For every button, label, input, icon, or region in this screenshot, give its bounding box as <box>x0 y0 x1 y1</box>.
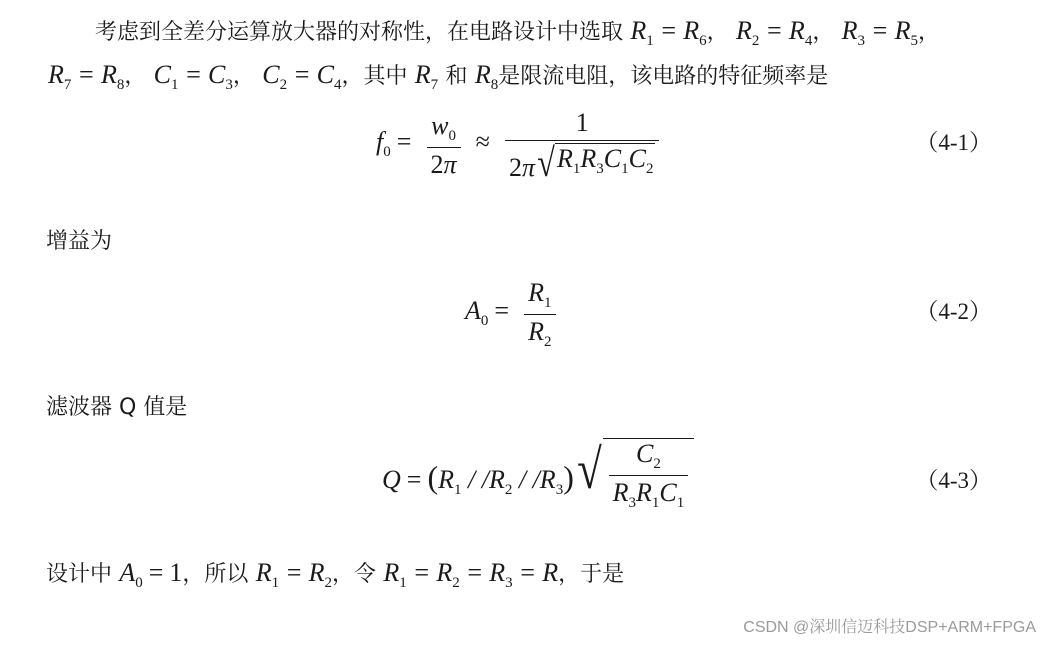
fraction-r1-over-r2: R1 R2 <box>524 278 555 351</box>
csdn-watermark: CSDN @深圳信迈科技DSP+ARM+FPGA <box>743 614 1036 637</box>
math-r7: R7 <box>415 60 438 89</box>
text-and: 和 <box>445 64 467 89</box>
comma: ， <box>233 64 255 89</box>
equation-label-4-1: （4-1） <box>915 124 992 157</box>
fraction-c2-over-r3r1c1: C2R3R1C1 <box>609 439 689 512</box>
conclusion-line: 设计中 A0=1，所以 R1=R2，令 R1=R2=R3=R，于是 <box>46 558 624 598</box>
paragraph-line-1: 考虑到全差分运算放大器的对称性，在电路设计中选取 R1=R6， R2=R4， R… <box>95 16 940 56</box>
equation-4-2: A0= R1 R2 <box>465 278 560 351</box>
math-r3-eq-r5: R3=R5 <box>842 16 918 45</box>
equation-label-4-2: （4-2） <box>915 293 992 326</box>
math-r1-r2-r3-eq-r: R1=R2=R3=R <box>383 558 558 587</box>
math-c2-eq-c4: C2=C4 <box>262 60 341 89</box>
equation-label-4-3: （4-3） <box>915 462 992 495</box>
math-r2-eq-r4: R2=R4 <box>736 16 812 45</box>
math-r1-eq-r2: R1=R2 <box>256 558 332 587</box>
text-let: ，令 <box>332 562 376 587</box>
equation-4-1: f0= w0 2π ≈ 1 2π√R1R3C1C2 <box>376 108 663 183</box>
text-tail: 是限流电阻，该电路的特征频率是 <box>498 64 828 89</box>
paragraph-line-2: R7=R8， C1=C3， C2=C4，其中 R7 和 R8是限流电阻，该电路的… <box>48 60 828 100</box>
math-r1-eq-r6: R1=R6 <box>630 16 706 45</box>
sqrt-fraction: √C2R3R1C1 <box>574 438 694 512</box>
text-among: ，其中 <box>341 64 407 89</box>
comma: ， <box>707 20 729 45</box>
comma: ， <box>124 64 146 89</box>
intro-text: 考虑到全差分运算放大器的对称性，在电路设计中选取 <box>95 20 623 45</box>
q-heading: 滤波器 Q 值是 <box>46 393 187 423</box>
comma: ， <box>812 20 834 45</box>
comma: ， <box>918 20 940 45</box>
fraction-w0-over-2pi: w0 2π <box>427 111 461 180</box>
text-so: ，所以 <box>182 562 248 587</box>
gain-heading: 增益为 <box>46 227 112 257</box>
text-in-design: 设计中 <box>46 562 112 587</box>
fraction-1-over-2pi-sqrt: 1 2π√R1R3C1C2 <box>505 108 659 183</box>
math-a0-eq-1: A0 <box>119 558 142 587</box>
math-r8: R8 <box>475 60 498 89</box>
sqrt-r1r3c1c2: √R1R3C1C2 <box>535 143 655 183</box>
math-r7-eq-r8: R7=R8 <box>48 60 124 89</box>
text-thus: ，于是 <box>558 562 624 587</box>
math-c1-eq-c3: C1=C3 <box>154 60 233 89</box>
equation-4-3: Q=(R1 / /R2 / /R3)√C2R3R1C1 <box>382 438 694 512</box>
